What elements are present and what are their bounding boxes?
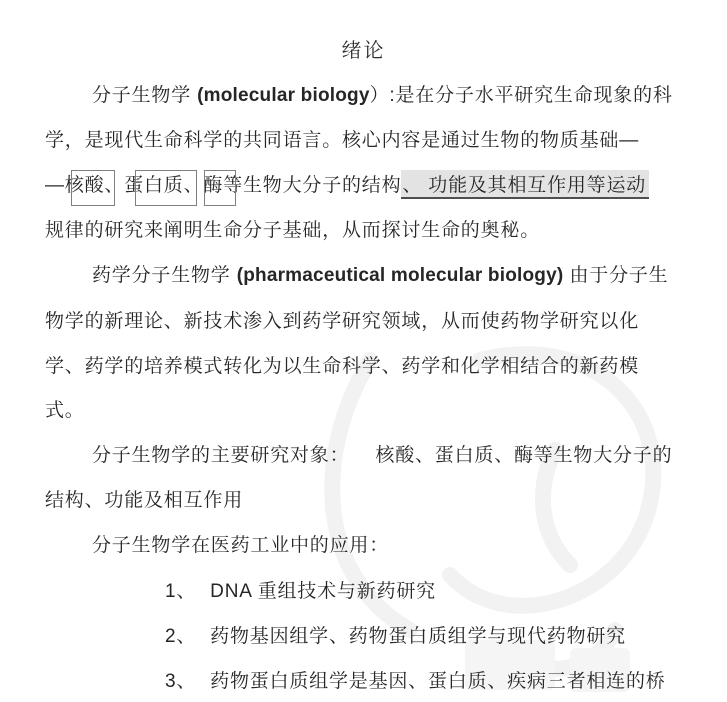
p3-line1-label: 分子生物学的主要研究对象： — [92, 445, 349, 466]
p3-line2: 结构、功能及相互作用 — [45, 488, 243, 514]
p1-line1-en-bold: (molecular biology — [197, 85, 370, 106]
highlighted-text: 、 功能及其相互作用等运动 — [401, 170, 649, 199]
list-item-1: 1、DNA 重组技术与新药研究 — [165, 579, 436, 605]
list-item-2-number: 2、 — [165, 624, 196, 650]
p4-line1: 分子生物学在医药工业中的应用： — [92, 533, 389, 559]
p2-line2: 物学的新理论、新技术渗入到药学研究领域，从而使药物学研究以化 — [45, 309, 639, 335]
list-item-2-text: 药物基因组学、药物蛋白质组学与现代药物研究 — [210, 626, 626, 647]
p2-line1-rest: 由于分子生 — [563, 265, 668, 286]
p1-line3-plain: —核酸、蛋白质、酶等生物大分子的结构 — [45, 175, 401, 196]
list-item-3-number: 3、 — [165, 669, 196, 695]
p2-line4: 式。 — [45, 398, 85, 424]
p1-line1: 分子生物学 (molecular biology）:是在分子水平研究生命现象的科 — [92, 83, 673, 109]
p1-line4: 规律的研究来阐明生命分子基础，从而探讨生命的奥秘。 — [45, 218, 540, 244]
document-page: 绪论 分子生物学 (molecular biology）:是在分子水平研究生命现… — [0, 0, 727, 702]
p2-line1-en-bold: (pharmaceutical molecular biology) — [237, 265, 564, 286]
p2-line1-cn: 药学分子生物学 — [92, 265, 237, 286]
p2-line3: 学、药学的培养模式转化为以生命科学、药学和化学相结合的新药模 — [45, 354, 639, 380]
p1-line3: —核酸、蛋白质、酶等生物大分子的结构、 功能及其相互作用等运动 — [45, 173, 649, 199]
list-item-3: 3、药物蛋白质组学是基因、蛋白质、疾病三者相连的桥 — [165, 669, 666, 695]
p3-line1: 分子生物学的主要研究对象：核酸、蛋白质、酶等生物大分子的 — [92, 443, 672, 469]
list-item-2: 2、药物基因组学、药物蛋白质组学与现代药物研究 — [165, 624, 626, 650]
p1-line1-cn: 分子生物学 — [92, 85, 197, 106]
p1-line1-rest: ）:是在分子水平研究生命现象的科 — [370, 85, 673, 106]
p1-line2: 学，是现代生命科学的共同语言。核心内容是通过生物的物质基础— — [45, 128, 639, 154]
p2-line1: 药学分子生物学 (pharmaceutical molecular biolog… — [92, 263, 669, 289]
list-item-1-text: DNA 重组技术与新药研究 — [210, 581, 436, 602]
list-item-3-text: 药物蛋白质组学是基因、蛋白质、疾病三者相连的桥 — [210, 671, 665, 692]
page-title: 绪论 — [0, 34, 727, 63]
p3-line1-tail: 核酸、蛋白质、酶等生物大分子的 — [375, 445, 672, 466]
list-item-1-number: 1、 — [165, 579, 196, 605]
